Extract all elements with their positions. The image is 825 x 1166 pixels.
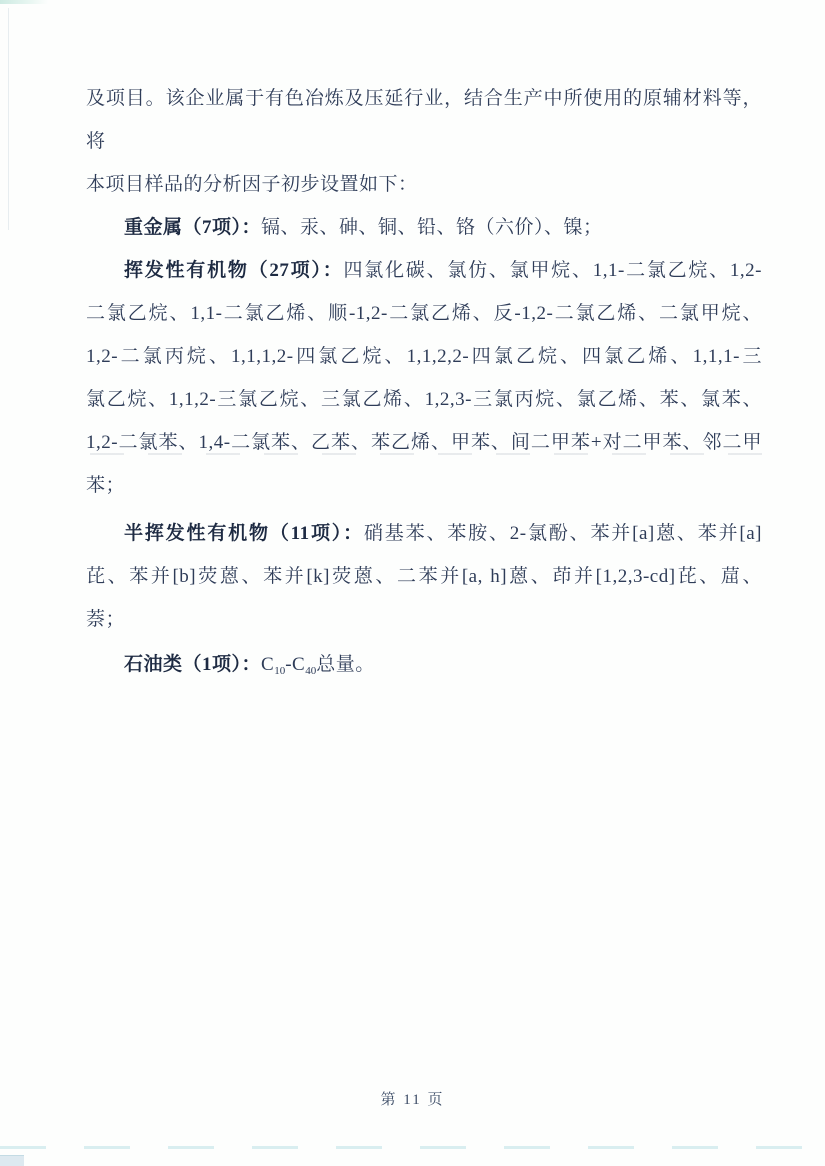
document-body: 及项目。该企业属于有色冶炼及压延行业，结合生产中所使用的原辅材料等，将 本项目样… <box>86 77 762 686</box>
scan-artifact-left-margin-line <box>8 8 9 230</box>
svocs-label: 半挥发性有机物（11项）： <box>124 523 364 544</box>
heavy-metals-label: 重金属（7项）： <box>124 217 261 238</box>
petroleum-formula-c1: C <box>261 654 274 675</box>
page-number: 第 11 页 <box>0 1088 825 1109</box>
vocs-line-5: 1,2-二氯苯、1,4-二氯苯、乙苯、苯乙烯、甲苯、间二甲苯+对二甲苯、邻二甲 <box>86 421 762 464</box>
svocs-line-2: 芘、苯并[b]荧蒽、苯并[k]荧蒽、二苯并[a, h]蒽、茚并[1,2,3-cd… <box>86 555 762 598</box>
vocs-label: 挥发性有机物（27项）： <box>124 260 343 281</box>
vocs-paragraph: 挥发性有机物（27项）：四氯化碳、氯仿、氯甲烷、1,1-二氯乙烷、1,2- 二氯… <box>86 249 762 507</box>
petroleum-formula-c1-subscript: 10 <box>274 665 285 677</box>
vocs-line-4: 氯乙烷、1,1,2-三氯乙烷、三氯乙烯、1,2,3-三氯丙烷、氯乙烯、苯、氯苯、 <box>86 378 762 421</box>
svocs-line-1-rest: 硝基苯、苯胺、2-氯酚、苯并[a]蒽、苯并[a] <box>364 523 762 544</box>
scan-artifact-bottom-dashed-line <box>0 1146 825 1149</box>
heavy-metals-items: 镉、汞、砷、铜、铅、铬（六价）、镍； <box>261 217 603 238</box>
scanned-document-page: 及项目。该企业属于有色冶炼及压延行业，结合生产中所使用的原辅材料等，将 本项目样… <box>0 0 825 1166</box>
svocs-line-3: 萘； <box>86 598 762 641</box>
vocs-line-3: 1,2-二氯丙烷、1,1,1,2-四氯乙烷、1,1,2,2-四氯乙烷、四氯乙烯、… <box>86 335 762 378</box>
petroleum-line: 石油类（1项）：C10-C40总量。 <box>86 643 762 686</box>
petroleum-label: 石油类（1项）： <box>124 654 261 675</box>
petroleum-formula-c2-subscript: 40 <box>305 665 316 677</box>
vocs-line-6: 苯； <box>86 464 762 507</box>
heavy-metals-line: 重金属（7项）：镉、汞、砷、铜、铅、铬（六价）、镍； <box>86 206 762 249</box>
vocs-line-1-rest: 四氯化碳、氯仿、氯甲烷、1,1-二氯乙烷、1,2- <box>343 260 762 281</box>
svocs-paragraph: 半挥发性有机物（11项）：硝基苯、苯胺、2-氯酚、苯并[a]蒽、苯并[a] 芘、… <box>86 512 762 641</box>
vocs-line-2: 二氯乙烷、1,1-二氯乙烯、顺-1,2-二氯乙烯、反-1,2-二氯乙烯、二氯甲烷… <box>86 292 762 335</box>
scan-artifact-bottom-left-mark <box>0 1155 24 1166</box>
svocs-line-1: 半挥发性有机物（11项）：硝基苯、苯胺、2-氯酚、苯并[a]蒽、苯并[a] <box>86 512 762 555</box>
intro-closing-line: 本项目样品的分析因子初步设置如下： <box>86 163 762 206</box>
petroleum-formula-c2: -C <box>285 654 305 675</box>
scan-artifact-top-left-mark <box>0 0 48 4</box>
intro-continuation-line: 及项目。该企业属于有色冶炼及压延行业，结合生产中所使用的原辅材料等，将 <box>86 77 762 163</box>
vocs-line-1: 挥发性有机物（27项）：四氯化碳、氯仿、氯甲烷、1,1-二氯乙烷、1,2- <box>86 249 762 292</box>
petroleum-tail: 总量。 <box>316 654 375 675</box>
